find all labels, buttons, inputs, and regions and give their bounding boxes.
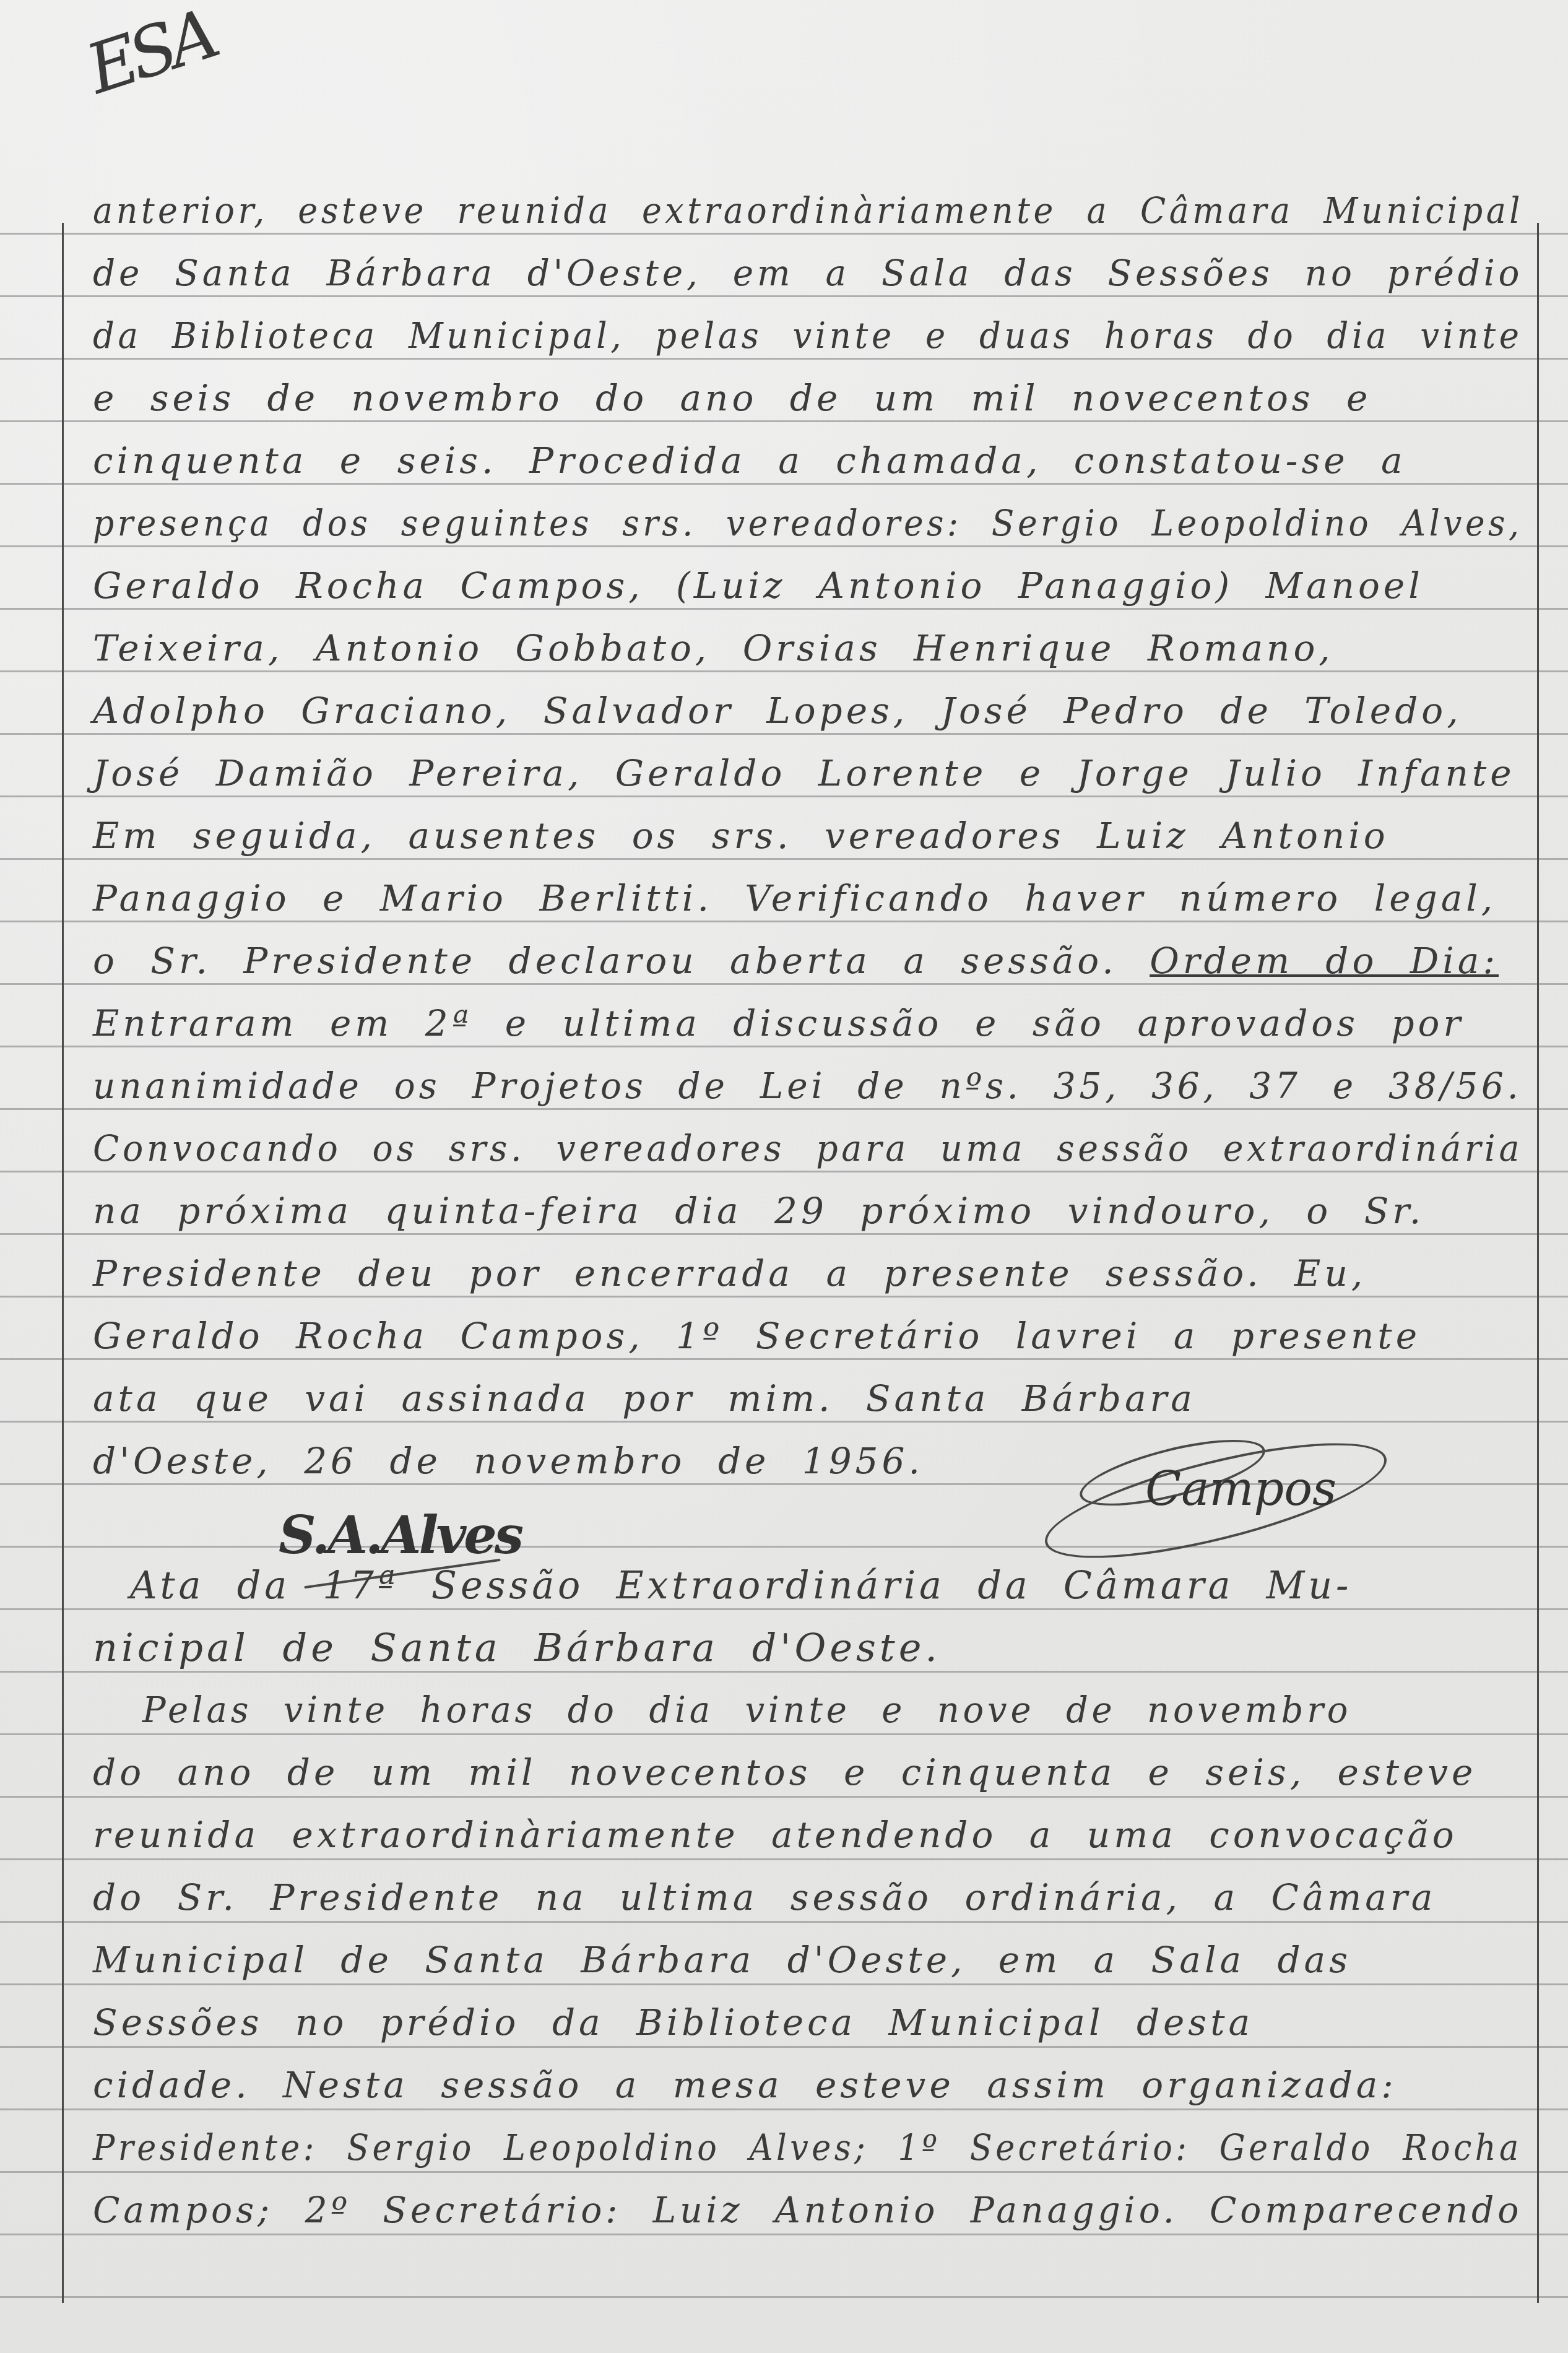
text-line: Adolpho Graciano, Salvador Lopes, José P… xyxy=(93,680,1523,742)
text-line: Geraldo Rocha Campos, 1º Secretário lavr… xyxy=(93,1305,1523,1367)
ordem-do-dia-heading: Ordem do Dia: xyxy=(1150,940,1499,982)
text-line: Convocando os srs. vereadores para uma s… xyxy=(93,1117,1457,1180)
text-line: Em seguida, ausentes os srs. vereadores … xyxy=(93,805,1523,867)
text-line: ata que vai assinada por mim. Santa Bárb… xyxy=(93,1367,1523,1430)
secretary-signature: Campos xyxy=(1021,1436,1418,1572)
text-line: Presidente deu por encerrada a presente … xyxy=(93,1242,1523,1305)
text-line: Panaggio e Mario Berlitti. Verificando h… xyxy=(93,867,1523,930)
folio-initials: ESA xyxy=(77,0,223,110)
text-line: Municipal de Santa Bárbara d'Oeste, em a… xyxy=(93,1929,1523,1991)
text-line: do ano de um mil novecentos e cinquenta … xyxy=(93,1741,1523,1804)
text-line: Campos; 2º Secretário: Luiz Antonio Pana… xyxy=(93,2179,1492,2242)
text-line: da Biblioteca Municipal, pelas vinte e d… xyxy=(93,305,1434,367)
ruled-line xyxy=(0,2296,1568,2298)
signature-text: Campos xyxy=(1145,1461,1336,1516)
text-line: e seis de novembro do ano de um mil nove… xyxy=(93,367,1523,430)
document-page: ESA anterior, esteve reunida extraordinà… xyxy=(0,0,1568,2353)
text-line: unanimidade os Projetos de Lei de nºs. 3… xyxy=(93,1055,1484,1117)
text-line: reunida extraordinàriamente atendendo a … xyxy=(93,1804,1523,1866)
text-line: o Sr. Presidente declarou aberta a sessã… xyxy=(93,930,1523,992)
left-margin-line xyxy=(62,223,64,2303)
text-line: na próxima quinta-feira dia 29 próximo v… xyxy=(93,1180,1523,1242)
text-line: Teixeira, Antonio Gobbato, Orsias Henriq… xyxy=(93,617,1523,680)
text-line: Geraldo Rocha Campos, (Luiz Antonio Pana… xyxy=(93,555,1523,617)
text-line: anterior, esteve reunida extraordinàriam… xyxy=(93,180,1420,242)
text-line: de Santa Bárbara d'Oeste, em a Sala das … xyxy=(93,242,1484,305)
right-margin-line xyxy=(1537,223,1539,2303)
text-line: presença dos seguintes srs. vereadores: … xyxy=(93,492,1410,555)
minutes-title: nicipal de Santa Bárbara d'Oeste. xyxy=(93,1616,1523,1679)
text-line: cidade. Nesta sessão a mesa esteve assim… xyxy=(93,2054,1523,2117)
text-line: Presidente: Sergio Leopoldino Alves; 1º … xyxy=(93,2117,1385,2179)
text-line: do Sr. Presidente na ultima sessão ordin… xyxy=(93,1866,1523,1929)
text-line: Entraram em 2ª e ultima discussão e são … xyxy=(93,992,1523,1055)
text-line: cinquenta e seis. Procedida a chamada, c… xyxy=(93,430,1523,492)
text-line: Sessões no prédio da Biblioteca Municipa… xyxy=(93,1991,1523,2054)
text-line: Pelas vinte horas do dia vinte e nove de… xyxy=(142,1679,1522,1741)
text-line-segment: o Sr. Presidente declarou aberta a sessã… xyxy=(93,940,1117,982)
text-line: José Damião Pereira, Geraldo Lorente e J… xyxy=(93,742,1523,805)
minutes-title: Ata da 17ª Sessão Extraordinária da Câma… xyxy=(130,1554,1523,1616)
